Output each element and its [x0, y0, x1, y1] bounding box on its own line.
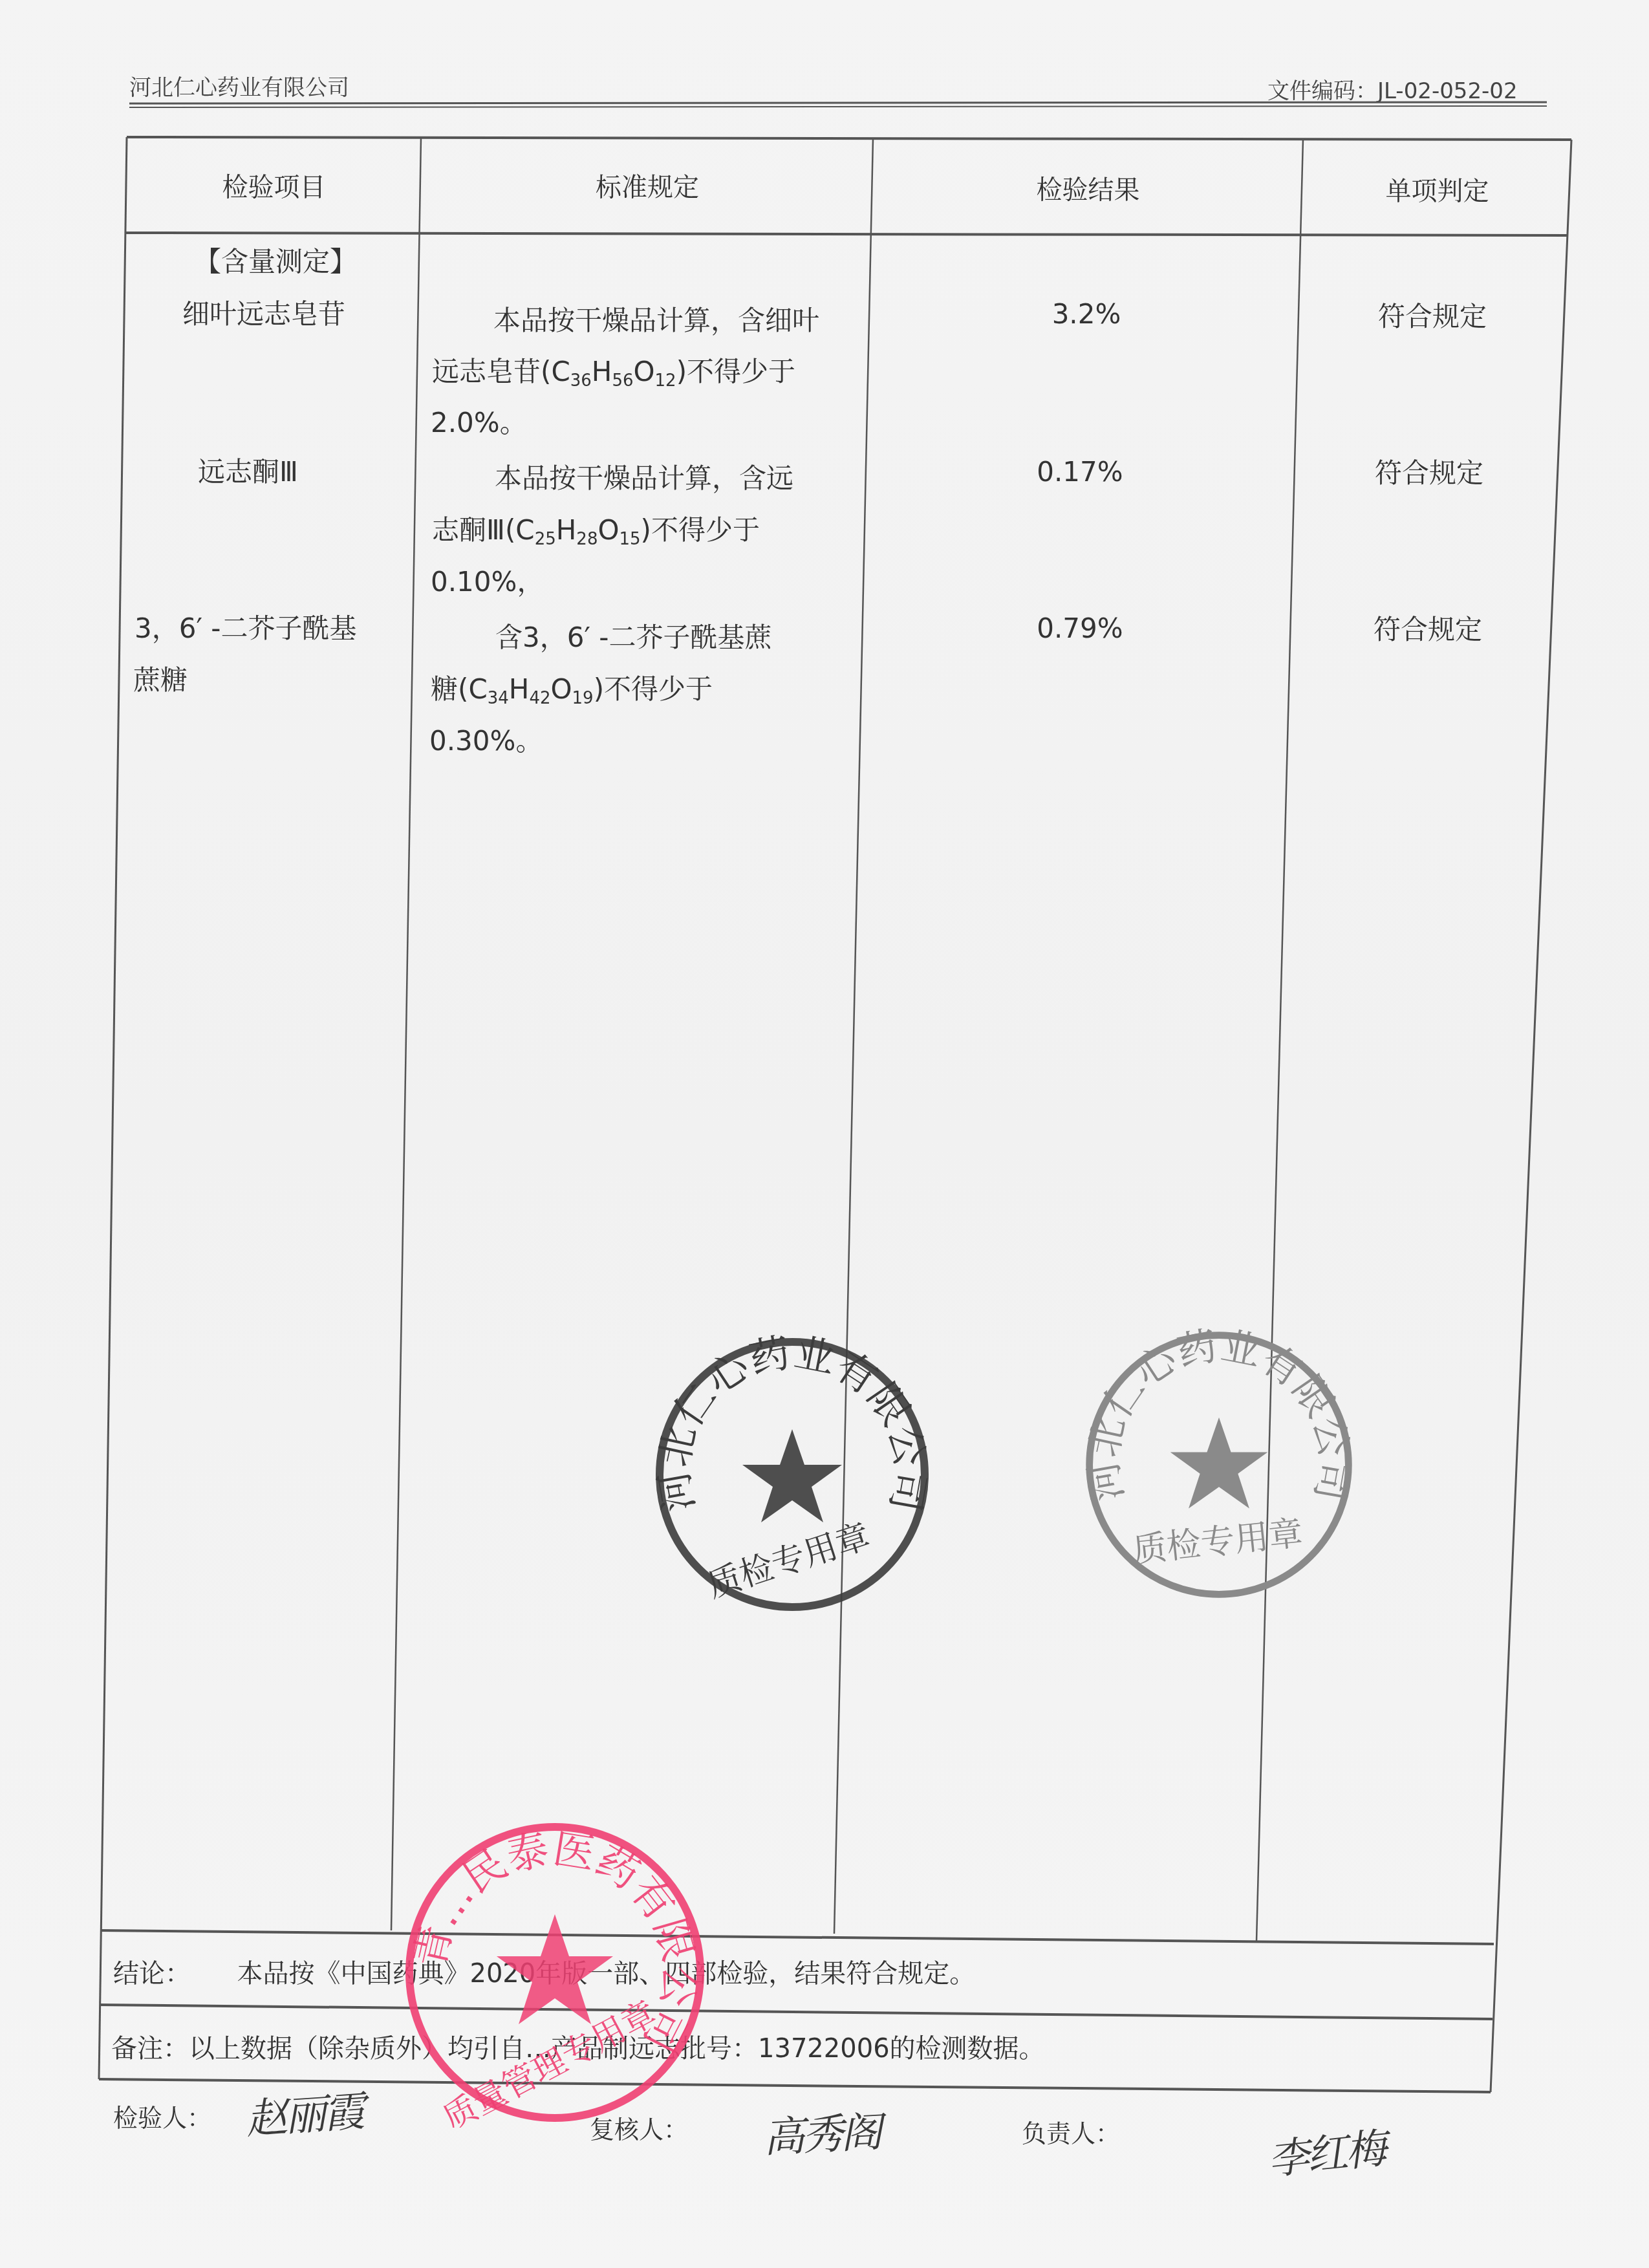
- inspector-label: 检验人：: [113, 2098, 211, 2133]
- column-header-standard: 标准规定: [421, 167, 874, 204]
- conclusion-label: 结论：: [113, 1959, 191, 1989]
- standard-line: 2.0%。: [431, 397, 527, 449]
- judgement-value: 符合规定: [1297, 448, 1562, 499]
- item-name: 细叶远志皂苷: [182, 288, 345, 340]
- judgement-value: 符合规定: [1295, 604, 1560, 656]
- item-name: 3，6′ -二芥子酰基: [135, 603, 357, 654]
- column-header-judgement: 单项判定: [1303, 171, 1571, 208]
- document-page: 河北仁心药业有限公司 文件编码：JL-02-052-02 检验项目 标准规定 检…: [0, 0, 1649, 2268]
- item-name: 远志𠯤酮Ⅲ: [198, 446, 298, 498]
- star-icon: [742, 1429, 842, 1522]
- result-value: 0.79%: [873, 603, 1287, 654]
- inspector-signature: 赵丽霞: [244, 2079, 364, 2146]
- section-title: 【含量测定】: [194, 236, 357, 288]
- responsible-label: 负责人：: [1022, 2113, 1120, 2149]
- standard-line: 含3，6′ -二芥子酰基蔗: [495, 612, 772, 664]
- responsible-signature: 李红梅: [1265, 2115, 1387, 2187]
- svg-text:质量管理专用章: 质量管理专用章: [436, 1994, 663, 2128]
- item-name-continued: 蔗糖: [133, 654, 188, 706]
- column-header-result: 检验结果: [873, 169, 1303, 206]
- result-value: 0.17%: [873, 446, 1287, 498]
- standard-line: 0.30%。: [429, 715, 543, 767]
- standard-line: 本品按干燥品计算，含远: [495, 453, 793, 504]
- svg-text:质检专用章: 质检专用章: [1131, 1513, 1305, 1570]
- supplier-qa-stamp-red: 青…民泰医药有限公司 质量管理专用章: [400, 1817, 710, 2128]
- company-qc-stamp-dark: 河北仁心药业有限公司 质检专用章: [650, 1332, 934, 1617]
- column-header-item: 检验项目: [127, 167, 421, 204]
- star-icon: [1170, 1418, 1268, 1509]
- standard-line: 本品按干燥品计算，含细叶: [493, 295, 819, 347]
- reviewer-signature: 高秀阁: [762, 2099, 881, 2164]
- standard-line: 0.10%，: [431, 556, 544, 608]
- judgement-value: 符合规定: [1300, 291, 1565, 343]
- remarks-label: 备注：: [111, 2034, 189, 2064]
- result-value: 3.2%: [879, 288, 1293, 340]
- company-qc-stamp-light: 河北仁心药业有限公司 质检专用章: [1080, 1326, 1358, 1604]
- star-icon: [497, 1914, 613, 2024]
